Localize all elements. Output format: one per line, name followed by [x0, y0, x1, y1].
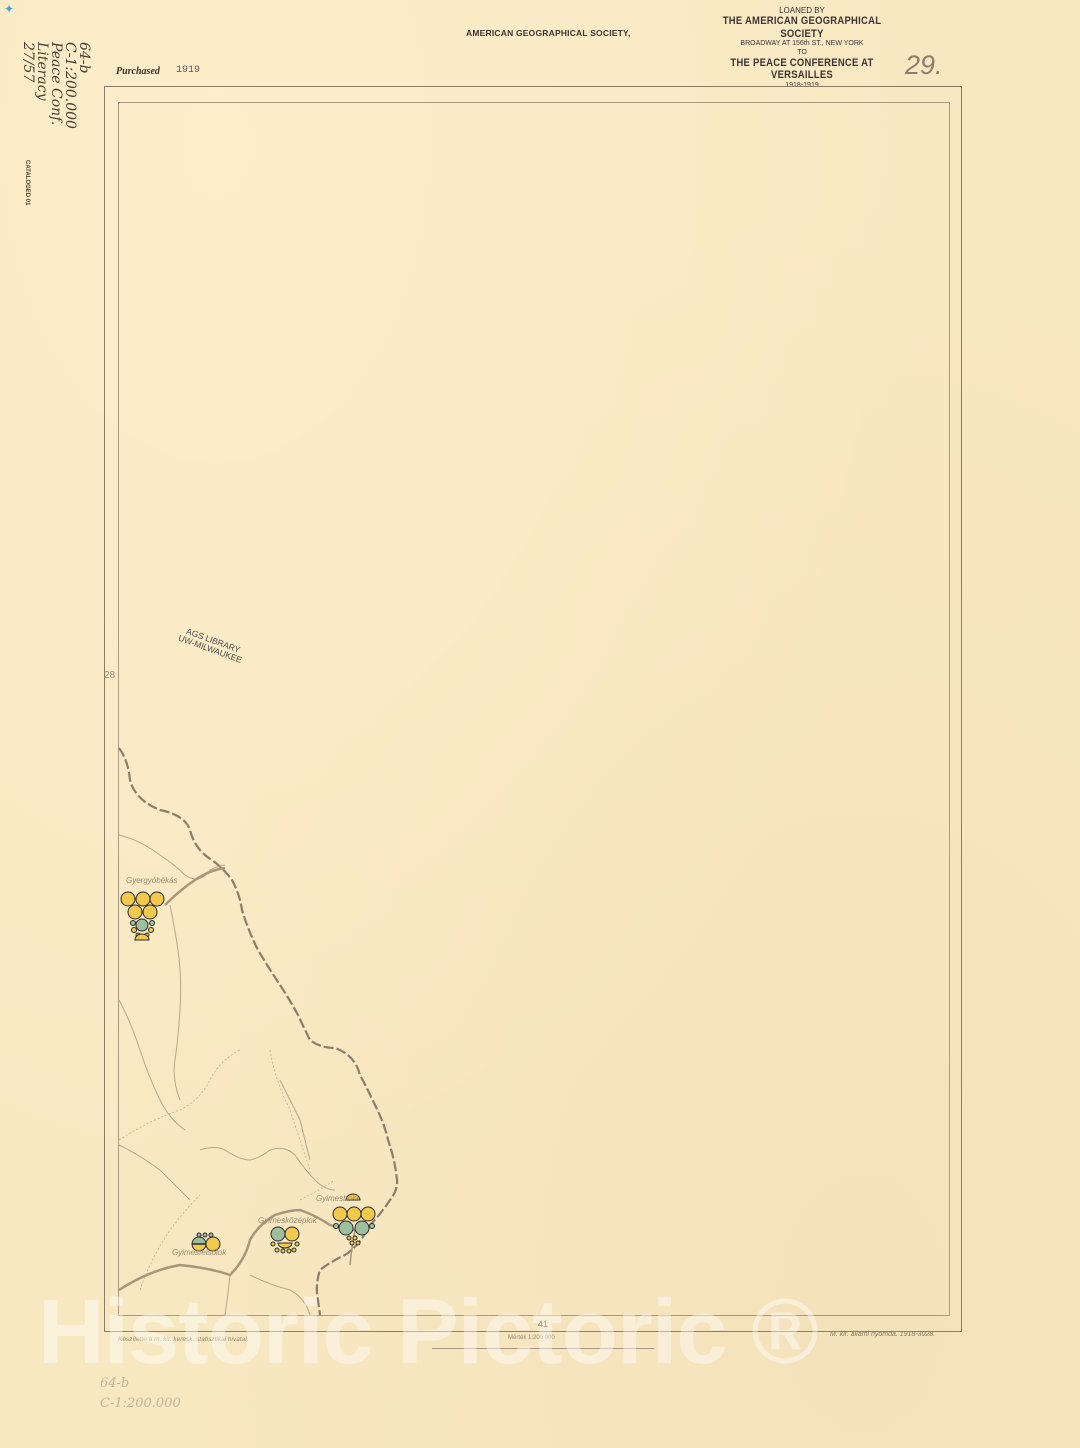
place-label: Gyimesközéplok — [258, 1216, 317, 1225]
admin-boundary — [140, 1195, 200, 1290]
river — [119, 1210, 355, 1290]
place-label: Gyergyóbékás — [126, 876, 178, 885]
admin-boundary — [270, 1050, 310, 1170]
river — [119, 1000, 185, 1130]
river — [280, 1080, 310, 1160]
symbol-cluster-gyimeskozeplok — [271, 1227, 299, 1253]
river — [170, 905, 181, 1100]
place-label: Gyimesfelsőlok — [172, 1248, 226, 1257]
place-label: Gyimesbükk — [316, 1194, 360, 1203]
pencil-line: C-1:200.000 — [100, 1394, 181, 1414]
river — [200, 1148, 335, 1191]
watermark: Historic Pictoric ® — [38, 1280, 818, 1385]
river — [119, 1145, 190, 1200]
symbol-cluster-gyergyobekas — [121, 892, 164, 940]
map-drawing — [0, 0, 1080, 1448]
footer-credit-right: M. kir. állami nyomda. 1918-3028. — [830, 1331, 935, 1338]
river — [165, 868, 225, 905]
